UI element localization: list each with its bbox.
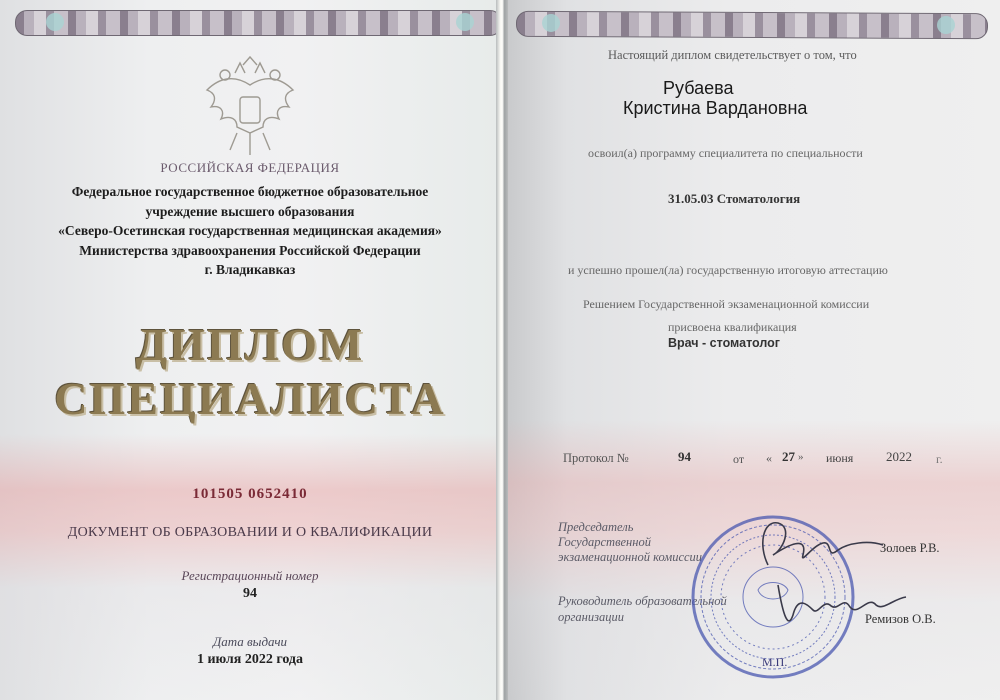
head-signature-icon <box>758 575 908 635</box>
intro-text: Настоящий диплом свидетельствует о том, … <box>608 48 857 63</box>
diploma-title-line1: ДИПЛОМ <box>0 318 500 371</box>
specialty: 31.05.03 Стоматология <box>668 191 800 207</box>
chair-title: Председатель Государственной экзаменацио… <box>558 520 702 565</box>
org-line: «Северо-Осетинская государственная медиц… <box>0 221 500 241</box>
commission-decision-text: Решением Государственной экзаменационной… <box>583 297 869 312</box>
coat-of-arms-eagle-icon <box>195 55 305 160</box>
org-line: г. Владикавказ <box>0 260 500 280</box>
quote-open: « <box>766 451 772 466</box>
protocol-from: от <box>733 452 744 467</box>
qualification: Врач - стоматолог <box>668 336 780 350</box>
org-line: учреждение высшего образования <box>0 202 500 222</box>
registration-number: 94 <box>0 586 500 602</box>
graduate-surname: Рубаева <box>663 78 734 99</box>
issue-date-label: Дата выдачи <box>0 634 500 650</box>
organization-name: Федеральное государственное бюджетное об… <box>0 182 500 280</box>
org-line: Министерства здравоохранения Российской … <box>0 241 500 261</box>
mastered-program-text: освоил(а) программу специалитета по спец… <box>588 146 863 161</box>
protocol-day: 27 <box>782 449 795 465</box>
qualification-assigned-text: присвоена квалификация <box>668 320 797 335</box>
federation-label: РОССИЙСКАЯ ФЕДЕРАЦИЯ <box>0 160 500 176</box>
protocol-label: Протокол № <box>563 451 629 466</box>
diploma-right-page: Настоящий диплом свидетельствует о том, … <box>508 0 1000 700</box>
decorative-guilloche-band <box>516 11 988 39</box>
passed-attestation-text: и успешно прошел(ла) государственную ито… <box>568 263 888 278</box>
chair-signature-icon <box>738 515 888 575</box>
quote-close: » <box>798 451 804 463</box>
document-type: ДОКУМЕНТ ОБ ОБРАЗОВАНИИ И О КВАЛИФИКАЦИИ <box>0 525 500 541</box>
chair-name: Золоев Р.В. <box>880 541 940 556</box>
decorative-guilloche-band <box>15 10 500 36</box>
org-line: Федеральное государственное бюджетное об… <box>0 182 500 202</box>
protocol-year-suffix: г. <box>936 452 943 467</box>
serial-number: 101505 0652410 <box>0 486 500 503</box>
seal-label: М.П. <box>762 655 787 670</box>
registration-label: Регистрационный номер <box>0 568 500 584</box>
protocol-number: 94 <box>678 449 691 465</box>
issue-date: 1 июля 2022 года <box>0 652 500 668</box>
diploma-title-line2: СПЕЦИАЛИСТА <box>0 372 500 425</box>
protocol-month: июня <box>826 451 853 466</box>
diploma-cover-left-page: РОССИЙСКАЯ ФЕДЕРАЦИЯ Федеральное государ… <box>0 0 500 700</box>
protocol-year: 2022 <box>886 449 912 465</box>
graduate-given-names: Кристина Вардановна <box>623 98 807 119</box>
